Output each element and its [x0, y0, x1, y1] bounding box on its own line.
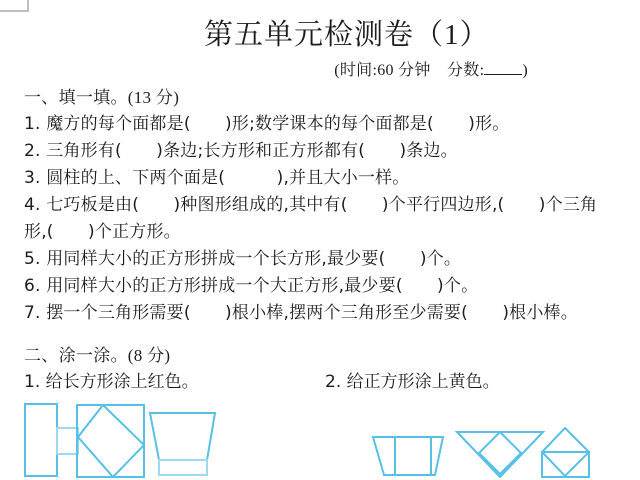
- outer-square-shape: [77, 405, 144, 477]
- right-shape-group: [373, 428, 589, 477]
- inverted-triangle-shape: [457, 432, 543, 477]
- triangle-inscribed-diamond-shape: [479, 432, 521, 474]
- shapes-figure: [0, 0, 640, 480]
- inscribed-diamond-shape: [78, 405, 144, 477]
- tall-rectangle-shape: [25, 404, 57, 476]
- funnel-base-rectangle-shape: [159, 460, 207, 475]
- left-shape-group: [25, 404, 215, 477]
- divided-trapezoid-shape: [373, 437, 443, 475]
- worksheet-page: 第五单元检测卷（1） (时间:60 分钟 分数:) 一、填一填。(13 分) 1…: [0, 0, 640, 480]
- base-rectangle-shape: [542, 452, 589, 477]
- funnel-trapezoid-shape: [150, 413, 215, 460]
- connector-square-shape: [57, 428, 78, 454]
